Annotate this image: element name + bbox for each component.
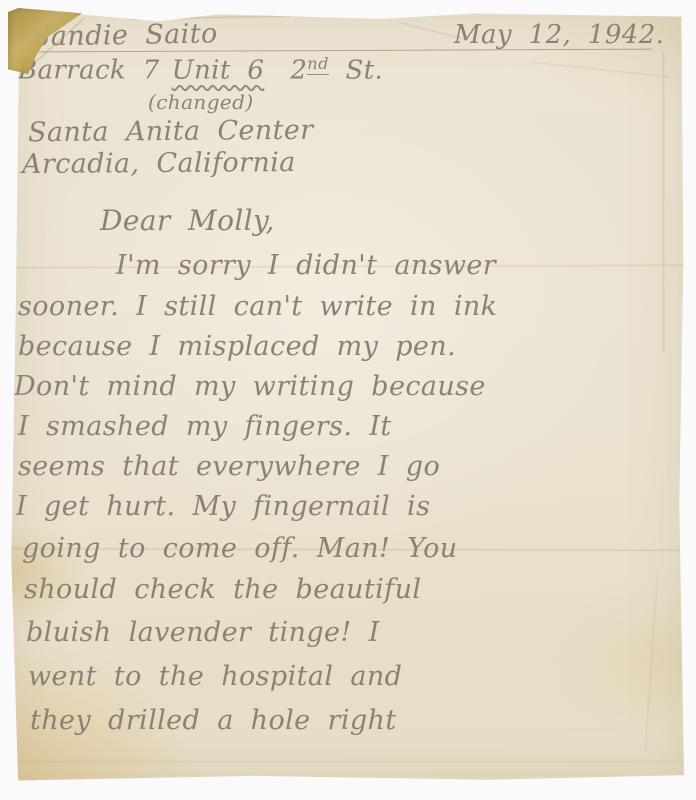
letter-line: I'm sorry I didn't answer	[116, 250, 496, 281]
letter-line: I get hurt. My fingernail is	[16, 491, 430, 522]
crease-right-lower	[644, 572, 660, 752]
letter-line: I smashed my fingers. It	[18, 411, 392, 442]
crease-right-vertical	[662, 52, 665, 352]
letter-line: went to the hospital and	[28, 661, 402, 692]
address-barrack: Barrack 7	[18, 56, 160, 86]
letter-date: May 12, 1942.	[454, 20, 664, 50]
address-line-2: Santa Anita Center	[28, 115, 314, 148]
crease-under-date	[530, 61, 670, 79]
address-changed-note: (changed)	[148, 90, 254, 114]
letter-line: sooner. I still can't write in ink	[18, 291, 497, 322]
letter-line: going to come off. Man! You	[22, 533, 458, 564]
letter-line: bluish lavender tinge! I	[26, 617, 380, 648]
address-street-number: 2	[290, 56, 307, 86]
salutation: Dear Molly,	[100, 204, 275, 237]
address-line-1: Barrack 7Unit 62nd St.	[18, 54, 383, 86]
scanned-letter-page: { "document_type": "handwritten letter (…	[0, 0, 696, 800]
letter-line: they drilled a hole right	[30, 705, 397, 736]
letter-line: because I misplaced my pen.	[18, 331, 456, 362]
address-unit: Unit 6	[172, 56, 265, 86]
address-street-suffix: St.	[345, 56, 383, 86]
address-line-3: Arcadia, California	[22, 147, 296, 180]
letter-line: Don't mind my writing because	[14, 371, 486, 402]
letter-paper: Sandie Saito May 12, 1942. Barrack 7Unit…	[10, 12, 684, 782]
letter-line: should check the beautiful	[24, 574, 421, 605]
address-street-ordinal: nd	[307, 54, 329, 75]
fold-crease-bottom	[10, 760, 684, 763]
letter-line: seems that everywhere I go	[18, 451, 440, 482]
